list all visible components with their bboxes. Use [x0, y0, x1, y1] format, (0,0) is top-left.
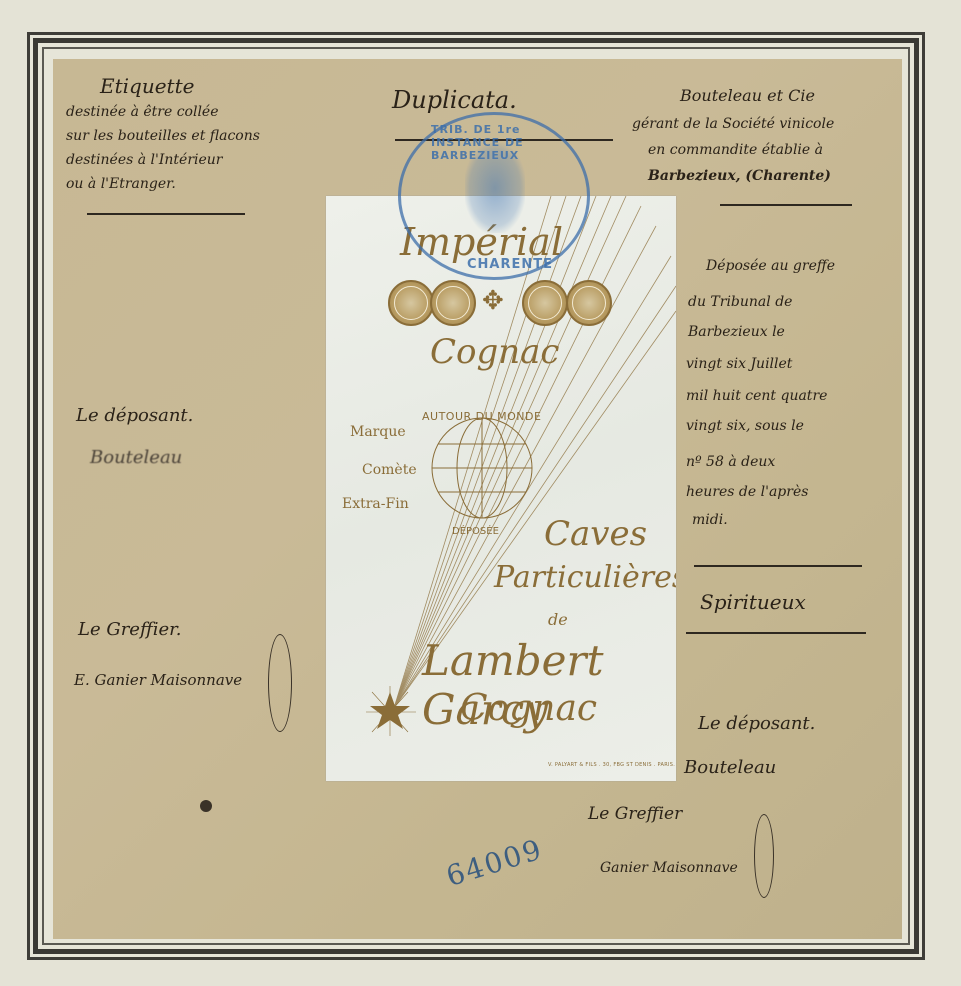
- clerk-label-left: Le Greffier.: [78, 618, 181, 642]
- marque-line: Marque: [350, 424, 406, 440]
- court-seal-bottom-text: CHARENTE: [467, 257, 553, 272]
- marque-line: Comète: [362, 462, 417, 478]
- registration-line: midi.: [692, 508, 728, 532]
- divider-rule: [720, 204, 852, 206]
- paraph-flourish: [754, 814, 774, 898]
- globe-icon: [432, 418, 532, 518]
- paraph-flourish: [268, 634, 292, 732]
- marianne-figure-icon: [465, 143, 525, 233]
- company-location: Barbezieux, (Charente): [648, 164, 831, 188]
- printer-imprint: V. PALYART & FILS . 30, FBG ST DENIS . P…: [548, 762, 675, 768]
- registration-line: vingt six, sous le: [686, 414, 804, 438]
- divider-rule: [686, 632, 866, 634]
- registration-line: mil huit cent quatre: [686, 384, 827, 408]
- medal-icon: [522, 280, 568, 326]
- clerk-label-bottom: Le Greffier: [588, 802, 682, 826]
- etiquette-line: destinées à l'Intérieur: [66, 148, 223, 172]
- depositor-signature-right: Bouteleau: [684, 756, 776, 780]
- medal-icon: [566, 280, 612, 326]
- company-line: en commandite établie à: [648, 138, 823, 162]
- company-line: gérant de la Société vinicole: [632, 112, 834, 136]
- divider-rule: [694, 565, 862, 567]
- marque-line: Extra-Fin: [342, 496, 409, 512]
- registration-line: nº 58 à deux: [686, 450, 775, 474]
- depositor-signature-left: Bouteleau: [90, 446, 182, 470]
- registration-line: du Tribunal de: [688, 290, 792, 314]
- duplicata-title: Duplicata.: [392, 88, 517, 112]
- clerk-signature-left: E. Ganier Maisonnave: [74, 668, 242, 692]
- registration-line: Barbezieux le: [688, 320, 785, 344]
- category-label: Spiritueux: [700, 590, 806, 614]
- clerk-signature-bottom: Ganier Maisonnave: [600, 856, 738, 880]
- divider-rule: [87, 213, 245, 215]
- particulieres-text: Particulières: [494, 560, 676, 595]
- registration-line: Déposée au greffe: [706, 254, 835, 278]
- medal-portrait-icon: [430, 280, 476, 326]
- depositor-label-left: Le déposant.: [76, 404, 193, 428]
- ink-blot: [200, 800, 212, 812]
- globe-caption-top: AUTOUR DU MONDE: [422, 410, 541, 423]
- de-text: de: [548, 610, 568, 629]
- ornament-icon: ✥: [482, 286, 504, 316]
- registration-line: heures de l'après: [686, 480, 808, 504]
- court-seal-stamp: TRIB. DE 1re INSTANCE DE BARBEZIEUX CHAR…: [398, 112, 590, 280]
- registration-line: vingt six Juillet: [686, 352, 792, 376]
- etiquette-line: ou à l'Etranger.: [66, 172, 176, 196]
- medal-icon: [388, 280, 434, 326]
- cognac-label: Impérial ✥ Cognac AUTOUR DU MONDE DÉPOSÉ…: [326, 196, 676, 781]
- etiquette-line: destinée à être collée: [66, 100, 219, 124]
- product-cognac-bottom: Cognac: [460, 688, 597, 729]
- product-cognac-top: Cognac: [430, 332, 559, 372]
- caves-text: Caves: [544, 514, 647, 554]
- etiquette-title: Etiquette: [100, 74, 194, 98]
- company-name: Bouteleau et Cie: [680, 84, 815, 108]
- depositor-label-right: Le déposant.: [698, 712, 815, 736]
- etiquette-line: sur les bouteilles et flacons: [66, 124, 260, 148]
- globe-caption-bottom: DÉPOSÉE: [452, 526, 499, 537]
